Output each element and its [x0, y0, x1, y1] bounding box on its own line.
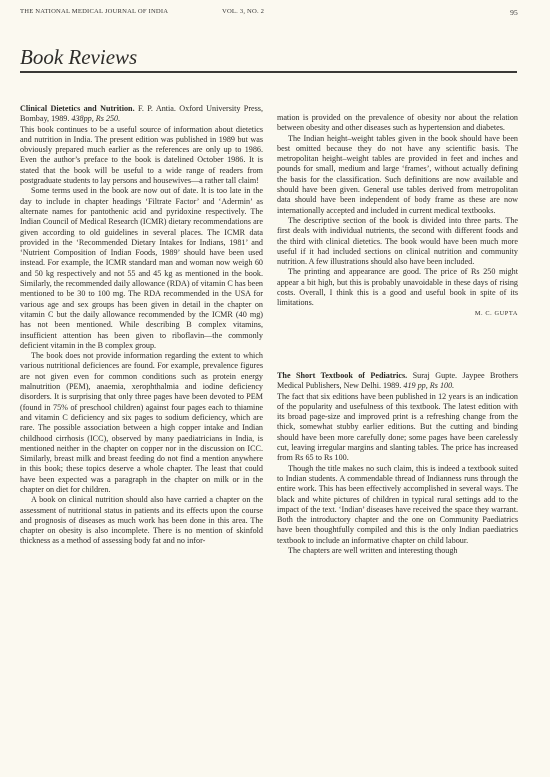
review-paragraph: The descriptive section of the book is d… — [277, 216, 518, 267]
review-citation: Clinical Dietetics and Nutrition. F. P. … — [20, 104, 263, 125]
section-rule — [20, 71, 517, 73]
review-paragraph: The Indian height–weight tables given in… — [277, 134, 518, 216]
page-number: 95 — [510, 8, 518, 17]
book-author: Suraj Gupte. — [413, 371, 457, 380]
review-citation: The Short Textbook of Pediatrics. Suraj … — [277, 371, 518, 392]
journal-name: THE NATIONAL MEDICAL JOURNAL OF INDIA — [20, 8, 168, 15]
review-paragraph-continuation: mation is provided on the prevalence of … — [277, 113, 518, 134]
book-details: 438pp, Rs 250. — [71, 114, 120, 123]
right-column: mation is provided on the prevalence of … — [277, 113, 518, 556]
review-paragraph: The fact that six editions have been pub… — [277, 392, 518, 464]
review-2: The Short Textbook of Pediatrics. Suraj … — [277, 371, 518, 556]
left-column: Clinical Dietetics and Nutrition. F. P. … — [20, 104, 263, 547]
book-details: 419 pp, Rs 100. — [403, 381, 454, 390]
review-paragraph: Some terms used in the book are now out … — [20, 186, 263, 351]
running-head: THE NATIONAL MEDICAL JOURNAL OF INDIA VO… — [20, 8, 518, 20]
reviewer-signature: M. C. GUPTA — [277, 309, 518, 319]
section-title: Book Reviews — [20, 44, 137, 70]
book-author: F. P. Antia. — [138, 104, 176, 113]
book-title: The Short Textbook of Pediatrics. — [277, 371, 407, 380]
review-paragraph: This book continues to be a useful sourc… — [20, 125, 263, 187]
review-paragraph: Though the title makes no such claim, th… — [277, 464, 518, 546]
book-title: Clinical Dietetics and Nutrition. — [20, 104, 135, 113]
review-paragraph: The printing and appearance are good. Th… — [277, 267, 518, 308]
review-paragraph: The book does not provide information re… — [20, 351, 263, 495]
review-paragraph: The chapters are well written and intere… — [277, 546, 518, 556]
volume-issue: VOL. 3, NO. 2 — [222, 8, 264, 15]
review-paragraph: A book on clinical nutrition should also… — [20, 495, 263, 546]
